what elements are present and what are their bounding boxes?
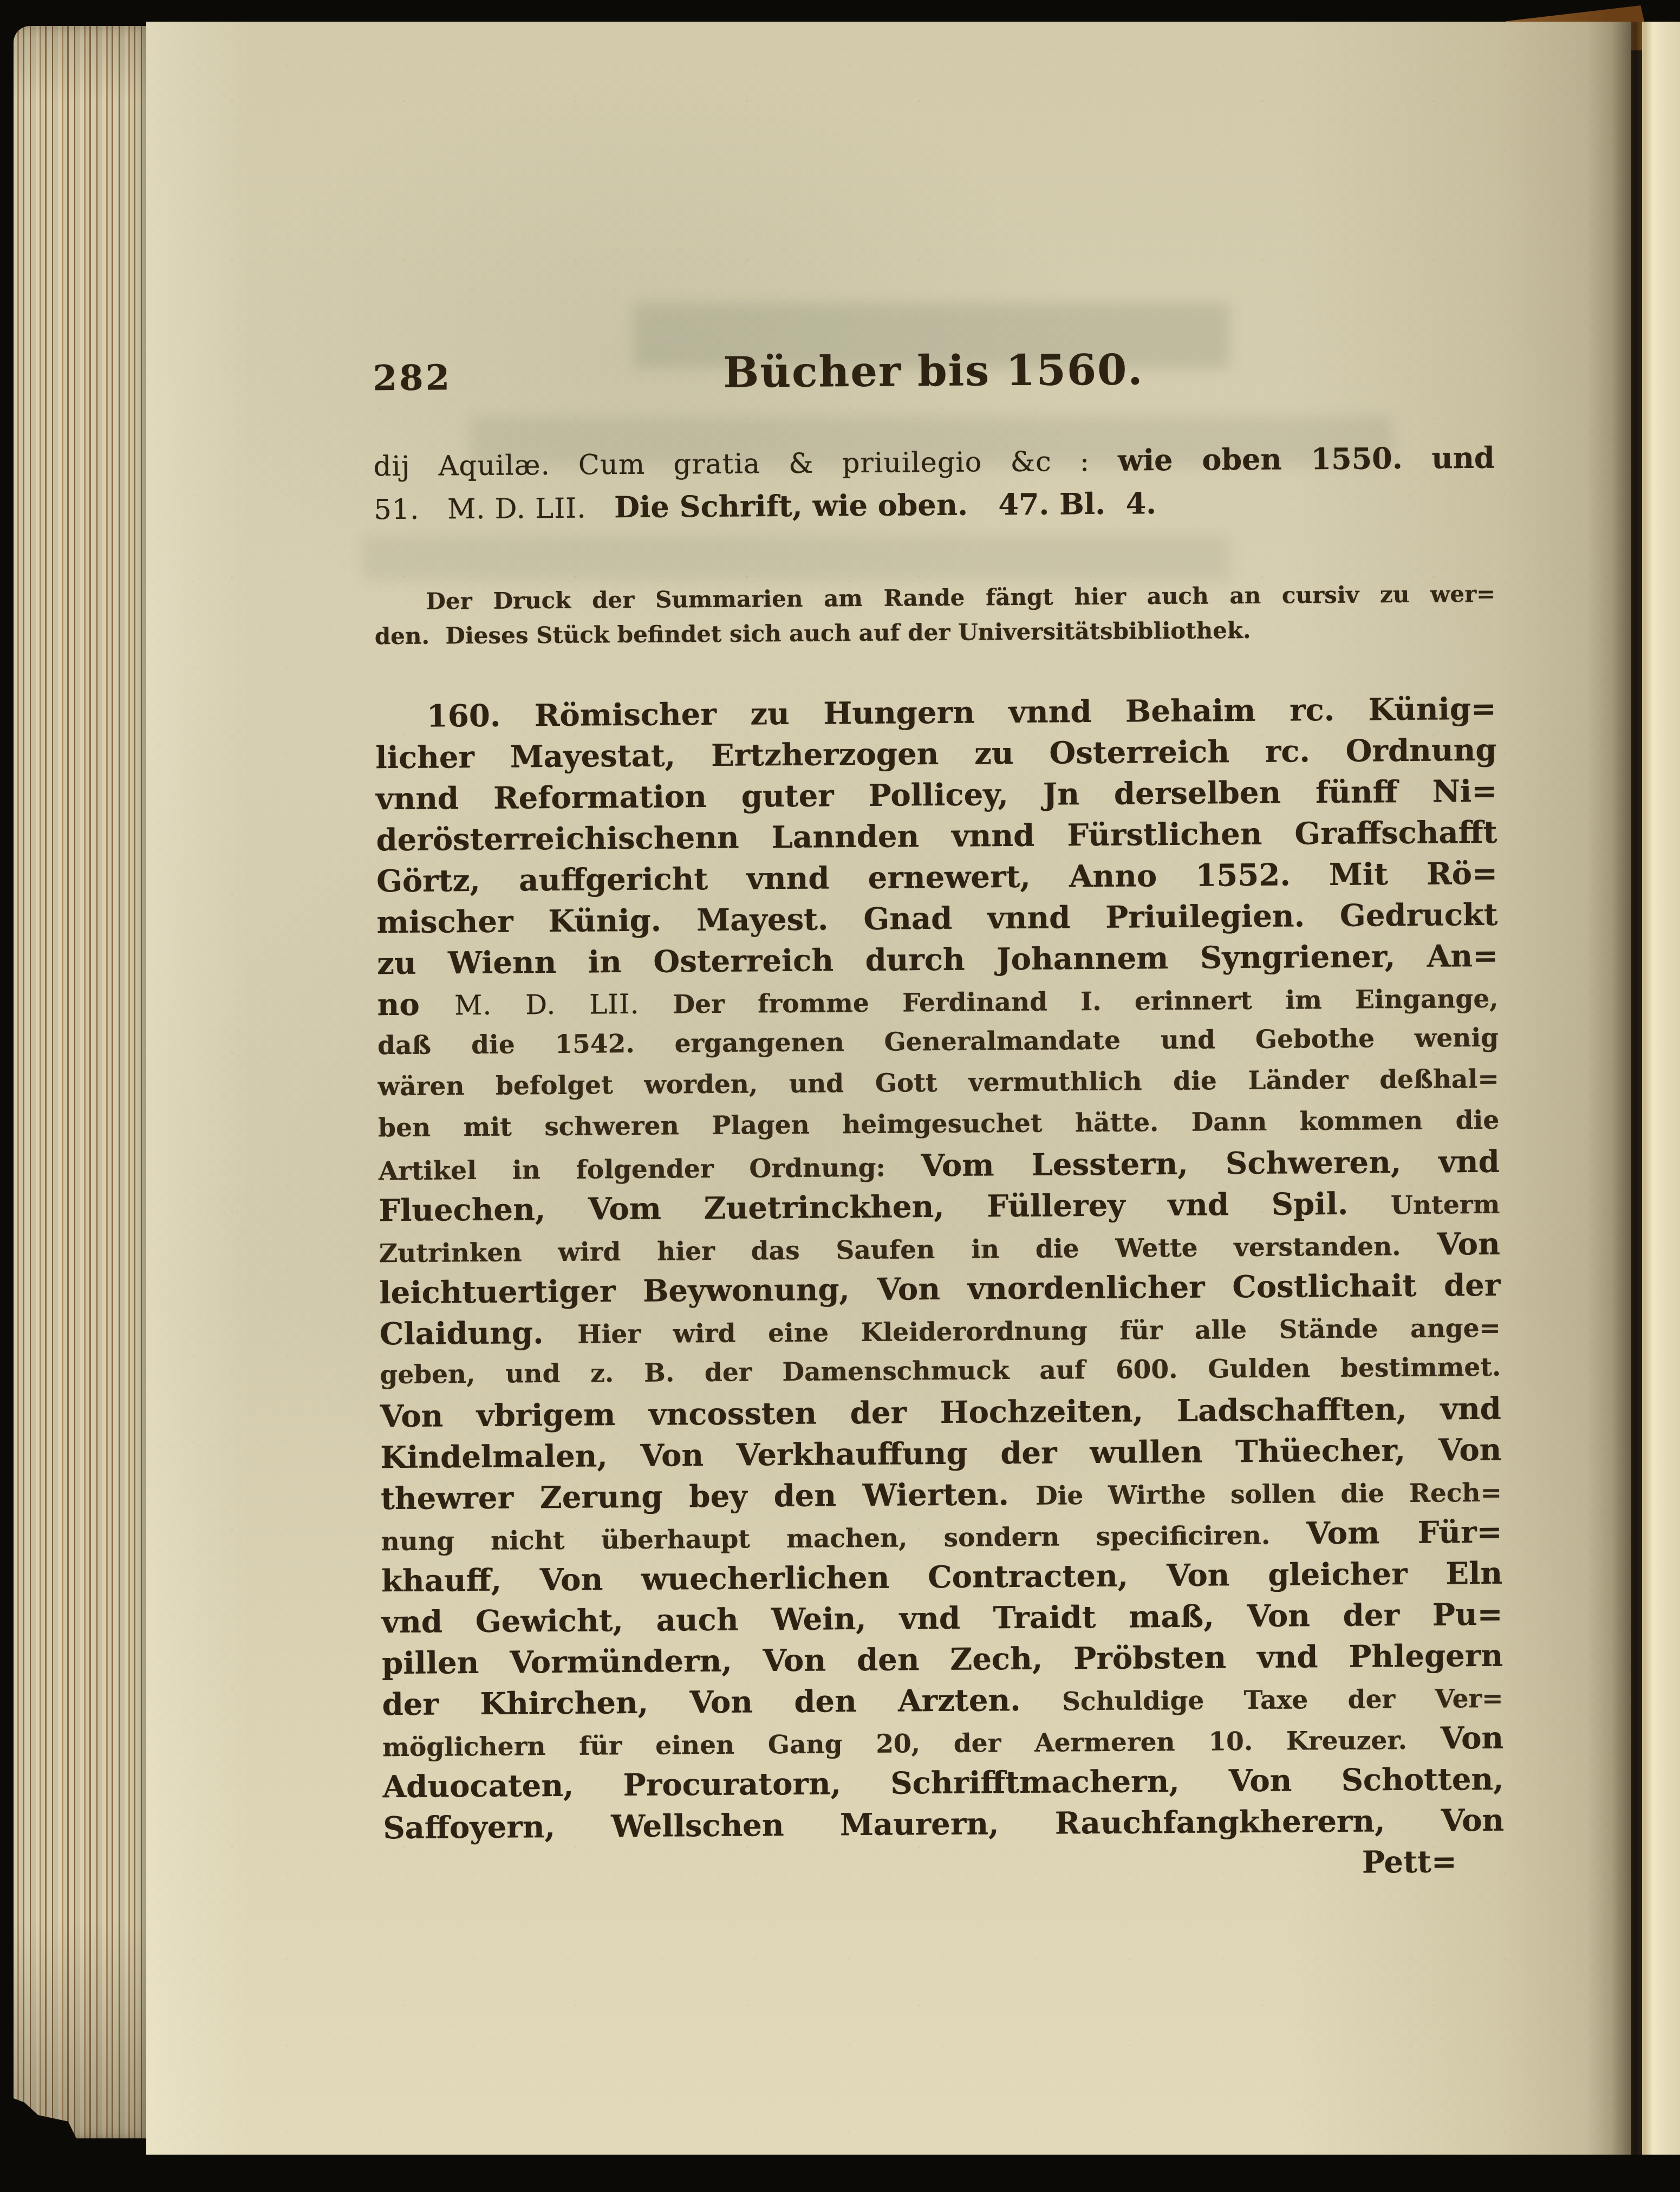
text-segment: nung nicht überhaupt machen, sondern spe… [381, 1520, 1306, 1557]
text-segment: Fluechen, Vom Zuetrinckhen, Füllerey vnd… [379, 1186, 1391, 1228]
text-segment: Die Wirthe sollen die Rech= [1036, 1478, 1502, 1511]
editor-note-block: Der Druck der Summarien am Rande fängt h… [374, 577, 1496, 654]
text-segment: Zutrinken wird hier das Saufen in die We… [379, 1232, 1437, 1269]
text-line: Artikel in folgender Ordnung: Vom Lesste… [379, 1141, 1500, 1190]
text-segment: ben mit schweren Plagen heimgesuchet hät… [378, 1105, 1499, 1143]
text-segment: vnnd Reformation guter Pollicey, Jn ders… [376, 773, 1497, 817]
text-line: dij Aquilæ. Cum gratia & priuilegio &c :… [373, 436, 1495, 487]
text-segment: M. D. LII. [454, 988, 673, 1021]
text-line: 160. Römischer zu Hungern vnnd Behaim rc… [375, 688, 1496, 737]
text-line: derösterreichischenn Lannden vnnd Fürstl… [376, 812, 1497, 861]
text-line: daß die 1542. ergangenen Generalmandate … [377, 1018, 1499, 1066]
text-line: khauff, Von wuecherlichen Contracten, Vo… [381, 1553, 1502, 1602]
text-segment: Cum gratia & priuilegio &c : [578, 446, 1118, 482]
text-line: Zutrinken wird hier das Saufen in die We… [379, 1224, 1500, 1272]
text-segment: Der Druck der Summarien am Rande fängt h… [426, 581, 1495, 615]
book-scan: 282 Bücher bis 1560. dij Aquilæ. Cum gra… [0, 0, 1680, 2192]
gutter-fold-shadow [1587, 22, 1642, 2155]
book-page: 282 Bücher bis 1560. dij Aquilæ. Cum gra… [146, 22, 1631, 2155]
text-line: vnnd Reformation guter Pollicey, Jn ders… [376, 771, 1497, 819]
text-segment: vnd Gewicht, auch Wein, vnd Traidt maß, … [381, 1597, 1502, 1640]
text-line: Aduocaten, Procuratorn, Schrifftmachern,… [382, 1759, 1503, 1807]
text-segment: der Khirchen, Von den Arzten. [382, 1682, 1062, 1722]
text-segment: wie oben 1550. und [1118, 440, 1495, 478]
text-segment: dij Aquilæ. [374, 450, 579, 483]
text-segment: Der fromme Ferdinand I. erinnert im Eing… [673, 984, 1499, 1020]
text-line: Fluechen, Vom Zuetrinckhen, Füllerey vnd… [379, 1182, 1500, 1231]
text-segment: no [377, 986, 454, 1023]
text-line: nung nicht überhaupt machen, sondern spe… [381, 1512, 1502, 1560]
text-segment: 47. Bl. 4. [998, 486, 1156, 522]
page-header: 282 Bücher bis 1560. [373, 343, 1494, 399]
text-segment: Unterm [1391, 1190, 1500, 1220]
text-line: Kindelmalen, Von Verkhauffung der wullen… [380, 1429, 1501, 1478]
page-edge-stack [14, 26, 150, 2138]
text-line: mischer Künig. Mayest. Gnad vnnd Priuile… [376, 894, 1497, 943]
text-line: 51. M. D. LII. Die Schrift, wie oben. 47… [374, 479, 1495, 530]
text-segment: pillen Vormündern, Von den Zech, Pröbste… [382, 1638, 1503, 1681]
text-segment: Schuldige Taxe der Ver= [1062, 1684, 1503, 1717]
text-line: Görtz, auffgericht vnnd ernewert, Anno 1… [376, 853, 1497, 902]
text-segment: Vom Lesstern, Schweren, vnd [921, 1144, 1500, 1183]
text-line: licher Mayestat, Ertzherzogen zu Osterre… [375, 730, 1496, 778]
text-segment: Von [1441, 1720, 1504, 1757]
running-header: Bücher bis 1560. [373, 343, 1494, 400]
text-line: geben, und z. B. der Damenschmuck auf 60… [380, 1347, 1501, 1396]
text-segment: möglichern für einen Gang 20, der Aermer… [382, 1726, 1441, 1763]
text-segment: licher Mayestat, Ertzherzogen zu Osterre… [375, 732, 1496, 776]
text-segment: Von [1437, 1226, 1500, 1263]
text-line: wären befolget worden, und Gott vermuthl… [377, 1059, 1499, 1108]
text-segment: Die Schrift, wie oben. [614, 487, 999, 524]
text-segment: Aduocaten, Procuratorn, Schrifftmachern,… [383, 1761, 1504, 1805]
text-segment: geben, und z. B. der Damenschmuck auf 60… [380, 1352, 1501, 1390]
text-segment: Von vbrigem vncossten der Hochzeiten, La… [380, 1391, 1501, 1434]
text-segment: mischer Künig. Mayest. Gnad vnnd Priuile… [376, 897, 1497, 940]
text-segment: thewrer Zerung bey den Wierten. [381, 1476, 1036, 1517]
text-segment: Hier wird eine Kleiderordnung für alle S… [577, 1313, 1501, 1350]
text-segment: zu Wienn in Osterreich durch Johannem Sy… [377, 938, 1498, 981]
text-segment: daß die 1542. ergangenen Generalmandate … [377, 1023, 1499, 1061]
text-line: zu Wienn in Osterreich durch Johannem Sy… [377, 935, 1498, 984]
text-line: ben mit schweren Plagen heimgesuchet hät… [378, 1100, 1499, 1149]
text-line: Saffoyern, Wellschen Maurern, Rauchfangk… [383, 1800, 1504, 1849]
text-line: möglichern für einen Gang 20, der Aermer… [382, 1718, 1503, 1766]
catchword: Pett= [1362, 1844, 1457, 1880]
text-segment: Saffoyern, Wellschen Maurern, Rauchfangk… [383, 1803, 1504, 1846]
text-line: der Khirchen, Von den Arzten. Schuldige … [382, 1676, 1503, 1725]
facing-page-sliver [1642, 22, 1680, 2155]
text-segment: wären befolget worden, und Gott vermuthl… [378, 1064, 1499, 1102]
text-segment: Vom Für= [1306, 1514, 1502, 1552]
text-segment: leichtuertiger Beywonung, Von vnordenlic… [379, 1267, 1500, 1311]
text-line: no M. D. LII. Der fromme Ferdinand I. er… [377, 977, 1498, 1025]
text-segment: Görtz, auffgericht vnnd ernewert, Anno 1… [376, 856, 1497, 899]
text-line: thewrer Zerung bey den Wierten. Die Wirt… [381, 1471, 1502, 1519]
text-line: vnd Gewicht, auch Wein, vnd Traidt maß, … [381, 1594, 1502, 1643]
text-line: Pett= [383, 1841, 1505, 1890]
text-segment: khauff, Von wuecherlichen Contracten, Vo… [381, 1556, 1502, 1599]
text-line: Von vbrigem vncossten der Hochzeiten, La… [380, 1388, 1501, 1437]
text-segment: derösterreichischenn Lannden vnnd Fürstl… [376, 815, 1497, 858]
text-segment: Artikel in folgender Ordnung: [379, 1153, 921, 1186]
text-line: pillen Vormündern, Von den Zech, Pröbste… [382, 1635, 1503, 1684]
entry-colophon-block: dij Aquilæ. Cum gratia & priuilegio &c :… [373, 436, 1495, 530]
text-segment: 51. [374, 493, 447, 526]
text-segment: Claidung. [380, 1315, 578, 1352]
printed-text-block: 282 Bücher bis 1560. dij Aquilæ. Cum gra… [370, 18, 1506, 2158]
text-line: Claidung. Hier wird eine Kleiderordnung … [380, 1306, 1501, 1355]
entry-160-paragraph: 160. Römischer zu Hungern vnnd Behaim rc… [375, 688, 1505, 1890]
text-line: den. Dieses Stück befindet sich auch auf… [375, 612, 1496, 654]
text-line: leichtuertiger Beywonung, Von vnordenlic… [379, 1265, 1500, 1313]
text-segment: M. D. LII. [447, 492, 615, 525]
text-segment: 160. Römischer zu Hungern vnnd Behaim rc… [427, 691, 1496, 734]
text-segment: Kindelmalen, Von Verkhauffung der wullen… [380, 1432, 1501, 1475]
text-segment: den. Dieses Stück befindet sich auch auf… [375, 617, 1251, 649]
